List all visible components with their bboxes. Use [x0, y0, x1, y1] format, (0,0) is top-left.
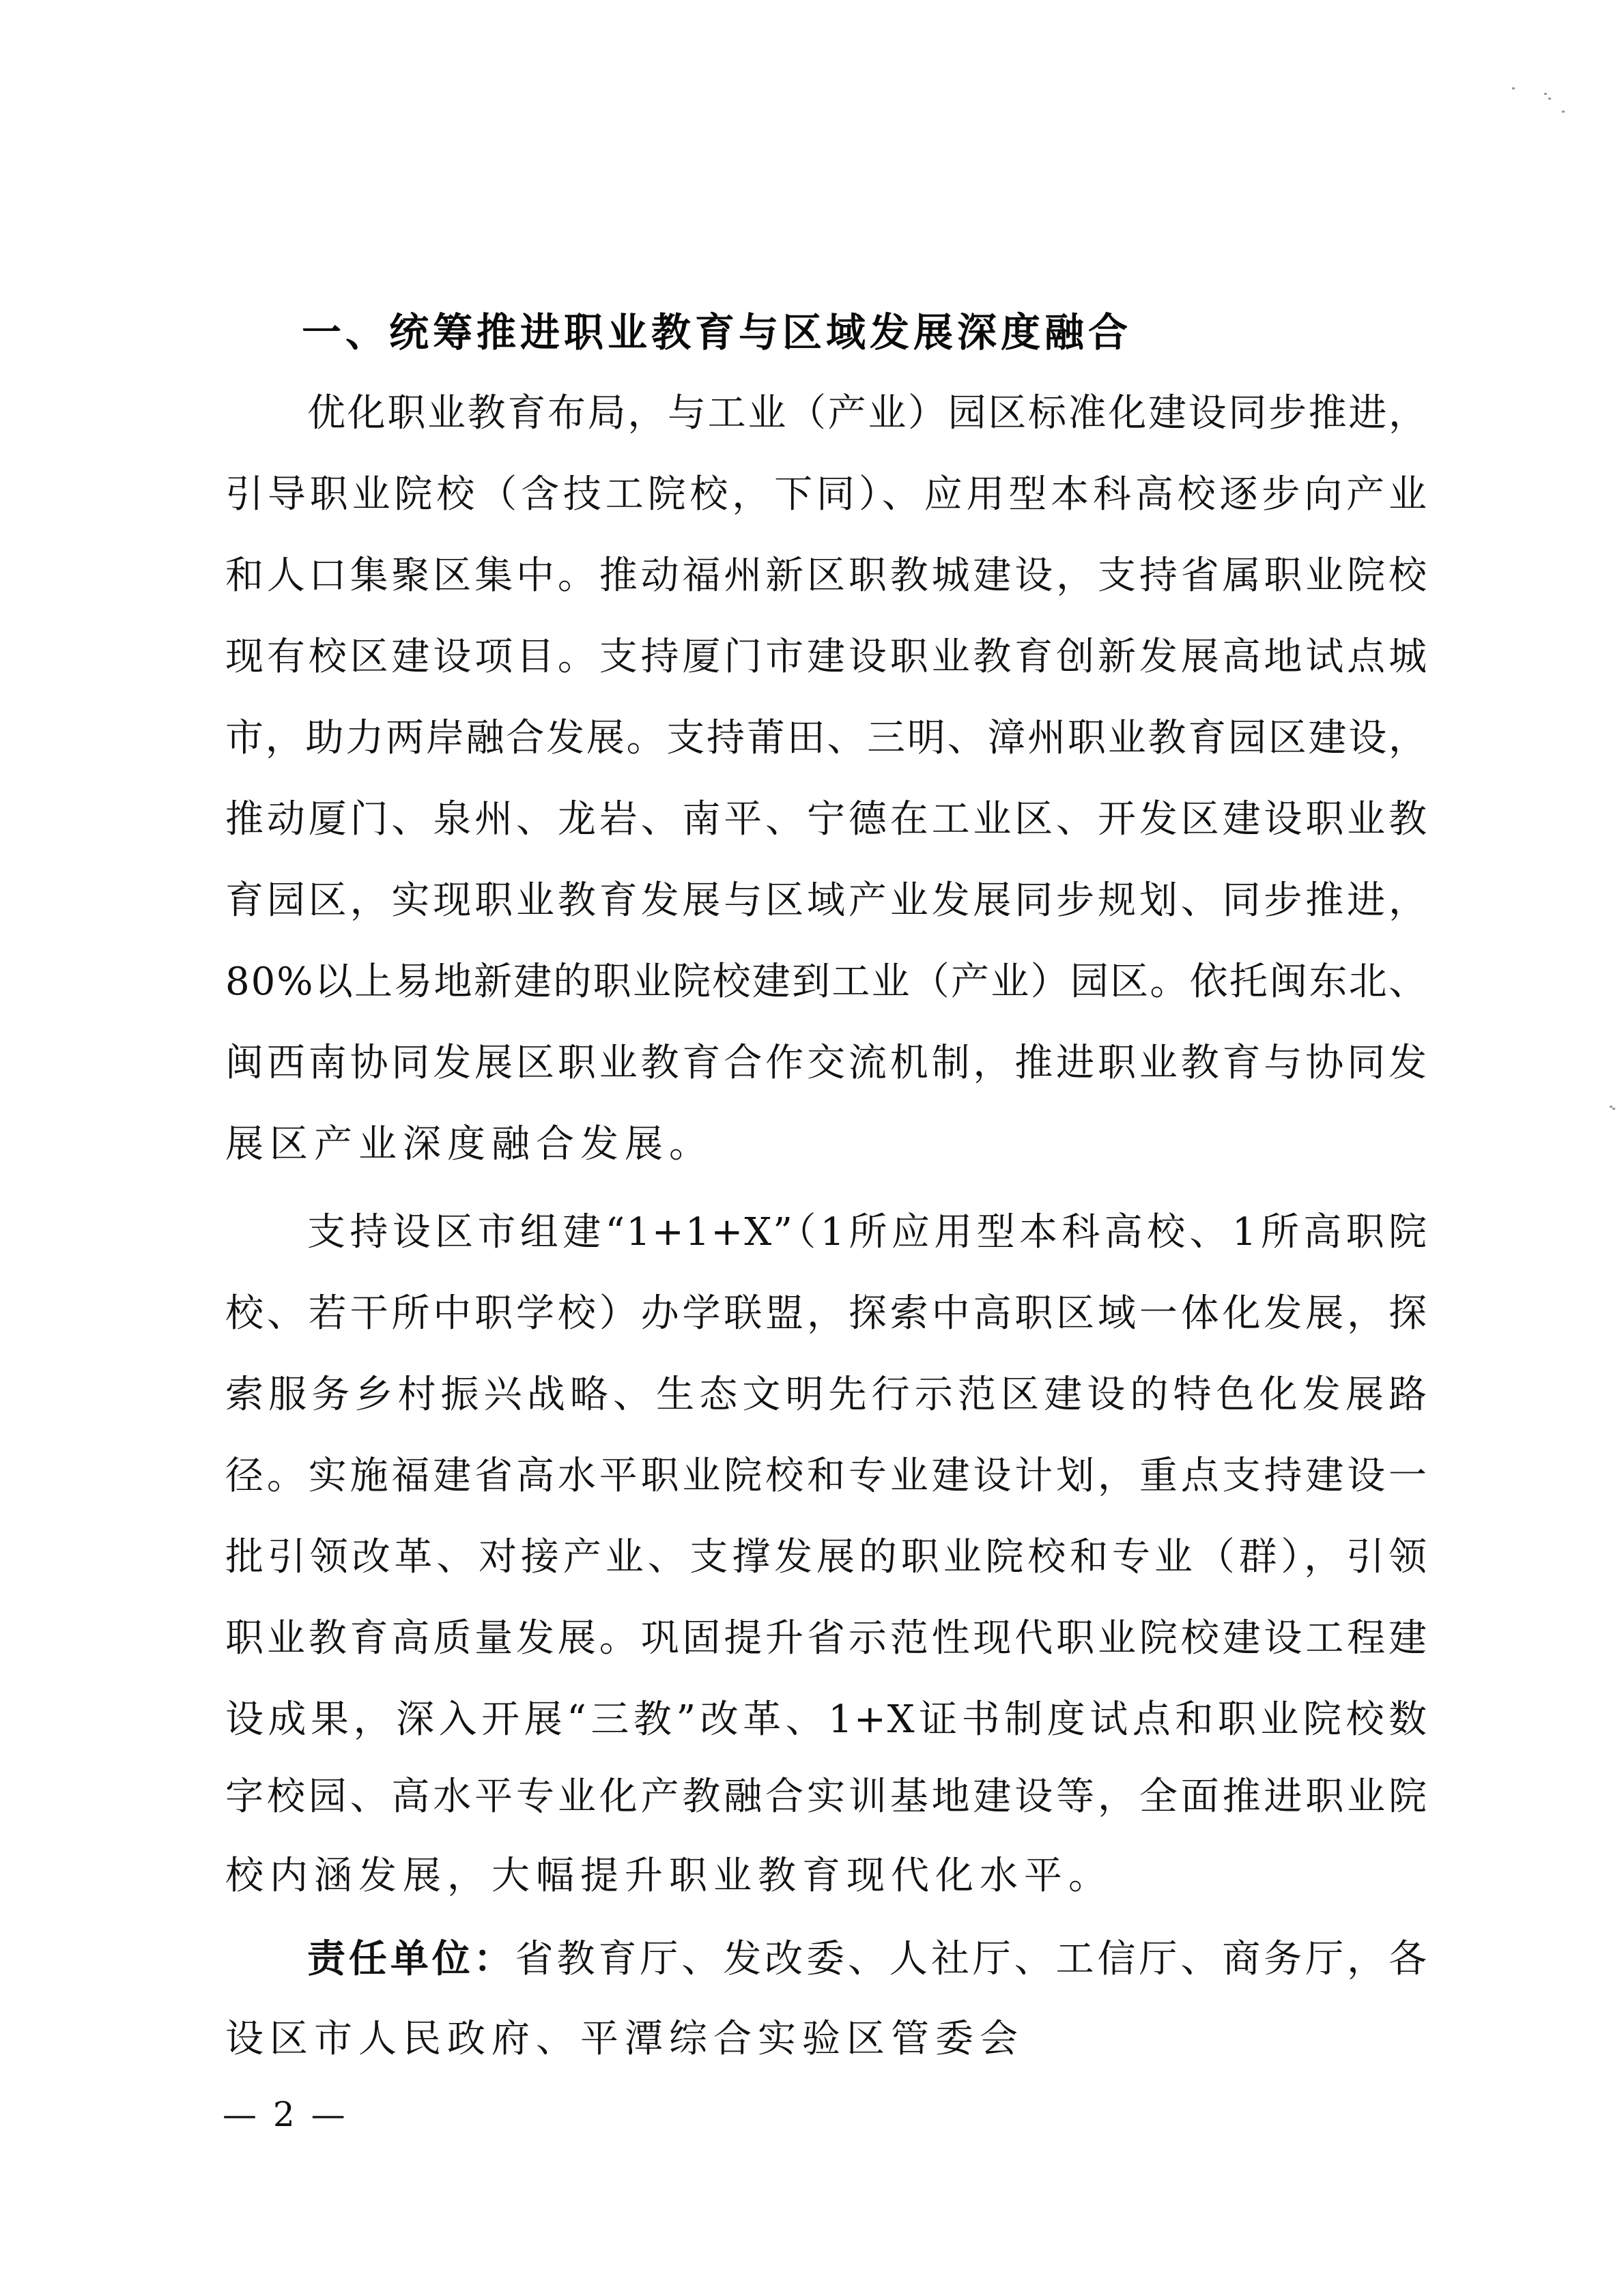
- scan-speck: [1544, 93, 1547, 95]
- paragraph-2-line: 职业教育高质量发展。巩固提升省示范性现代职业院校建设工程建: [225, 1598, 1428, 1679]
- paragraph-1-line: 展区产业深度融合发展。: [225, 1104, 1428, 1185]
- scan-speck: [1562, 111, 1565, 113]
- responsibility-units: 省教育厅、发改委、人社厅、工信厅、商务厅，各: [515, 1937, 1428, 1981]
- paragraph-1-line: 推动厦门、泉州、龙岩、南平、宁德在工业区、开发区建设职业教: [225, 779, 1428, 860]
- page-number: — 2 —: [223, 2095, 348, 2134]
- paragraph-1-line: 闽西南协同发展区职业教育合作交流机制，推进职业教育与协同发: [225, 1022, 1428, 1104]
- paragraph-1-line: 和人口集聚区集中。推动福州新区职教城建设，支持省属职业院校: [225, 535, 1428, 616]
- responsibility-label: 责任单位：: [307, 1937, 515, 1981]
- paragraph-2-line: 支持设区市组建“1+1+X”（1所应用型本科高校、1所高职院: [307, 1192, 1428, 1273]
- paragraph-1-line: 优化职业教育布局，与工业（产业）园区标准化建设同步推进，: [307, 373, 1428, 454]
- paragraph-2-line: 校、若干所中职学校）办学联盟，探索中高职区域一体化发展，探: [225, 1273, 1428, 1354]
- paragraph-2-line: 径。实施福建省高水平职业院校和专业建设计划，重点支持建设一: [225, 1435, 1428, 1517]
- paragraph-2-line: 校内涵发展，大幅提升职业教育现代化水平。: [225, 1835, 1428, 1917]
- paragraph-1-line: 育园区，实现职业教育发展与区域产业发展同步规划、同步推进，: [225, 860, 1428, 941]
- paragraph-1-line: 引导职业院校（含技工院校，下同）、应用型本科高校逐步向产业: [225, 454, 1428, 535]
- scan-speck: [1612, 1108, 1615, 1110]
- section-heading: 一、统筹推进职业教育与区域发展深度融合: [302, 292, 1132, 373]
- paragraph-2-line: 字校园、高水平专业化产教融合实训基地建设等，全面推进职业院: [225, 1756, 1428, 1837]
- paragraph-1-line: 现有校区建设项目。支持厦门市建设职业教育创新发展高地试点城: [225, 616, 1428, 698]
- paragraph-2-line: 设成果，深入开展“三教”改革、1+X证书制度试点和职业院校数: [225, 1679, 1428, 1760]
- scan-speck: [1548, 98, 1551, 100]
- paragraph-1-line: 80%以上易地新建的职业院校建到工业（产业）园区。依托闽东北、: [225, 941, 1428, 1022]
- responsibility-line-1: 责任单位：省教育厅、发改委、人社厅、工信厅、商务厅，各: [307, 1919, 1428, 2000]
- scan-speck: [1512, 87, 1515, 89]
- paragraph-2-line: 批引领改革、对接产业、支撑发展的职业院校和专业（群），引领: [225, 1517, 1428, 1598]
- document-page: 一、统筹推进职业教育与区域发展深度融合 优化职业教育布局，与工业（产业）园区标准…: [0, 0, 1624, 2296]
- responsibility-line-2: 设区市人民政府、平潭综合实验区管委会: [225, 1998, 1428, 2080]
- paragraph-1-line: 市，助力两岸融合发展。支持莆田、三明、漳州职业教育园区建设，: [225, 698, 1428, 779]
- paragraph-2-line: 索服务乡村振兴战略、生态文明先行示范区建设的特色化发展路: [225, 1354, 1428, 1435]
